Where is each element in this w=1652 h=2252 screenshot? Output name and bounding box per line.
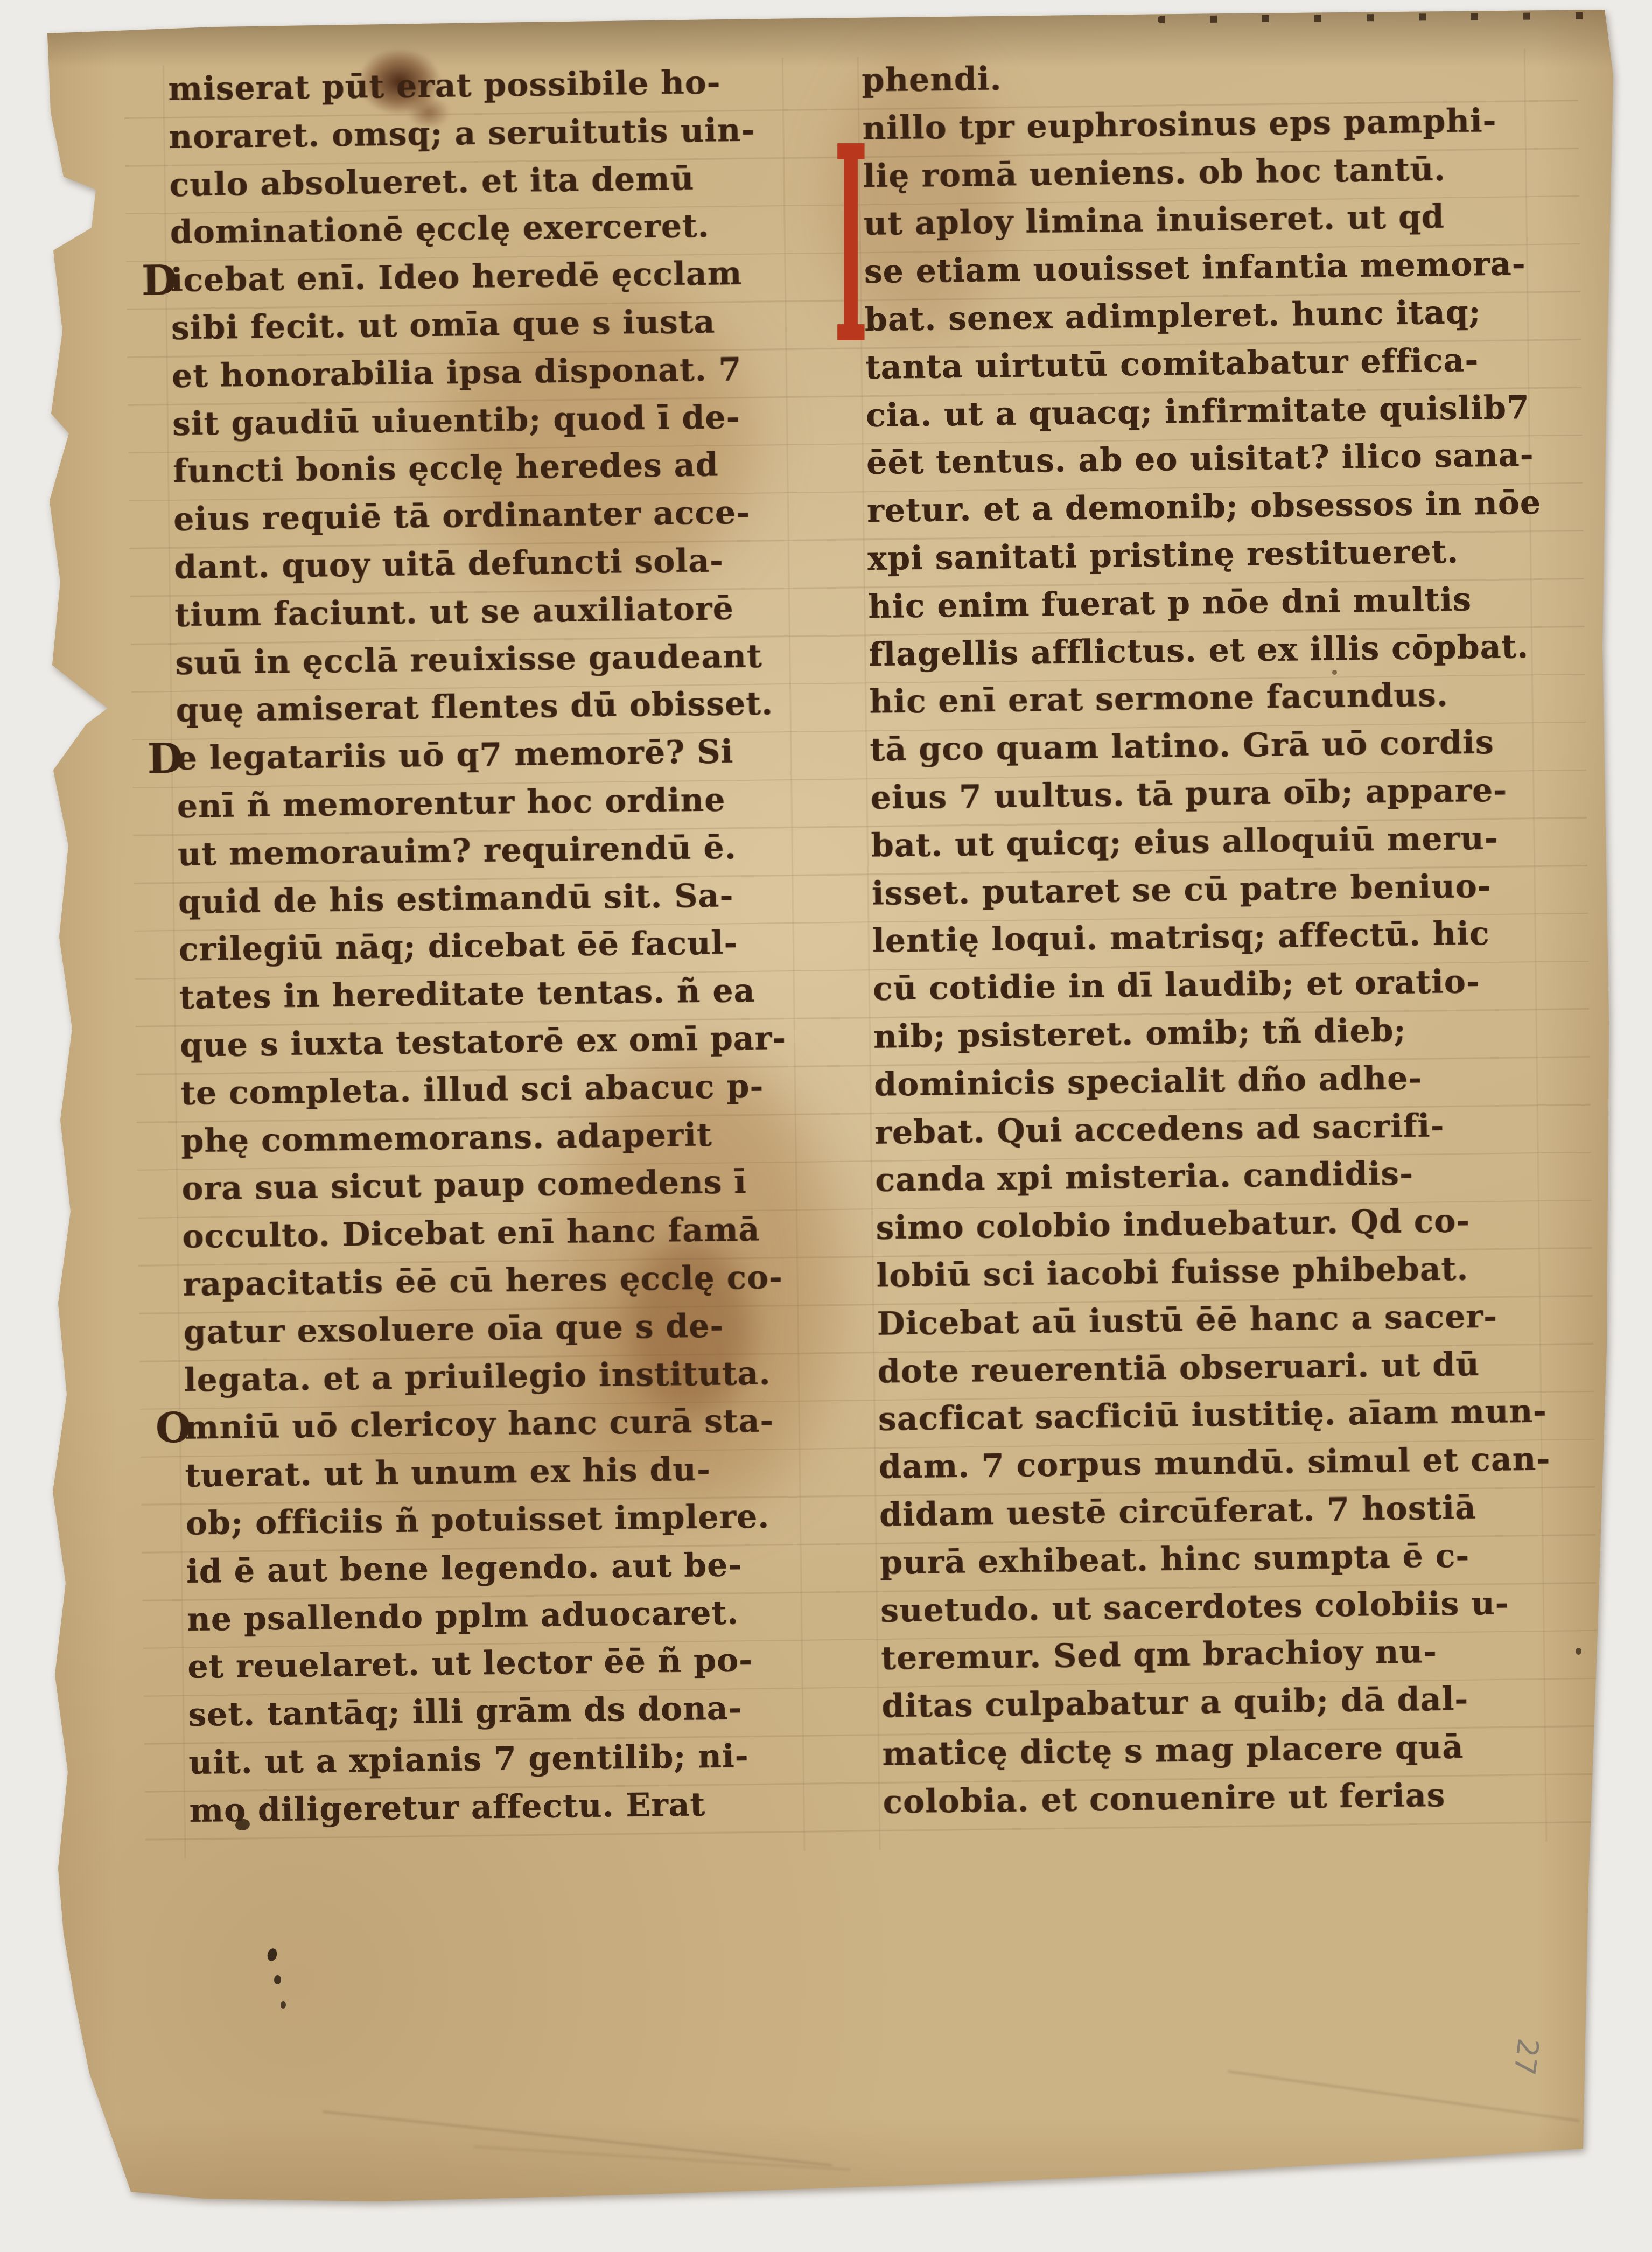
vertical-guide xyxy=(1524,48,1547,1842)
vertical-guide xyxy=(782,58,805,1851)
folio-pencil-mark: 27 xyxy=(1507,2037,1545,2078)
margin-initial-D: D xyxy=(147,738,184,780)
parchment-leaf-shadow: miserat pūt erat possibile ho-noraret. o… xyxy=(0,0,1652,2252)
scanner-background: miserat pūt erat possibile ho-noraret. o… xyxy=(0,0,1652,2252)
manuscript-line: colobia. et conuenire ut ferias xyxy=(883,1779,1446,1834)
margin-initial-O: O xyxy=(155,1408,192,1449)
crease-line xyxy=(1228,2071,1580,2122)
trimmed-text-remnants xyxy=(1158,12,1615,23)
manuscript-line: mo diligeretur affectu. Erat xyxy=(189,1788,706,1843)
ink-blot xyxy=(274,1975,281,1984)
text-column-left: miserat pūt erat possibile ho-noraret. o… xyxy=(168,66,803,73)
ink-blot xyxy=(281,2001,286,2009)
manuscript-line: phendi. xyxy=(862,63,1002,113)
ink-speck xyxy=(1332,670,1337,675)
crease-line xyxy=(323,2111,832,2166)
ink-speck xyxy=(1576,1648,1581,1655)
ink-blot xyxy=(266,1947,278,1962)
margin-initial-D: D xyxy=(141,260,178,302)
parchment-leaf: miserat pūt erat possibile ho-noraret. o… xyxy=(0,0,1652,2252)
crease-line xyxy=(474,2146,850,2171)
red-initial-I: I xyxy=(834,113,867,383)
